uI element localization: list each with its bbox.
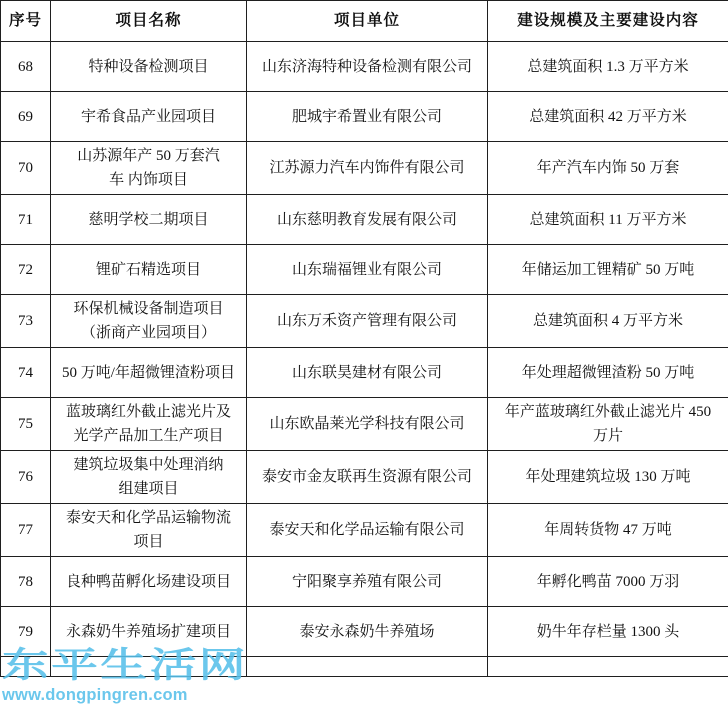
cell-empty bbox=[247, 657, 488, 677]
cell-serial-number: 72 bbox=[1, 245, 51, 295]
cell-project-unit: 泰安市金友联再生资源有限公司 bbox=[247, 451, 488, 504]
cell-project-name: 宇希食品产业园项目 bbox=[51, 92, 247, 142]
header-row: 序号 项目名称 项目单位 建设规模及主要建设内容 bbox=[1, 1, 728, 42]
cell-project-unit: 山东济海特种设备检测有限公司 bbox=[247, 42, 488, 92]
cell-serial-number: 74 bbox=[1, 348, 51, 398]
watermark-url: www.dongpingren.com bbox=[2, 687, 188, 704]
table-row: 70山苏源年产 50 万套汽 车 内饰项目江苏源力汽车内饰件有限公司年产汽车内饰… bbox=[1, 142, 728, 195]
table-row: 76建筑垃圾集中处理消纳 组建项目泰安市金友联再生资源有限公司年处理建筑垃圾 1… bbox=[1, 451, 728, 504]
cell-construction-scale: 年产蓝玻璃红外截止滤光片 450 万片 bbox=[488, 398, 728, 451]
table-row: 68特种设备检测项目山东济海特种设备检测有限公司总建筑面积 1.3 万平方米 bbox=[1, 42, 728, 92]
cell-construction-scale: 年储运加工锂精矿 50 万吨 bbox=[488, 245, 728, 295]
cell-project-name: 锂矿石精选项目 bbox=[51, 245, 247, 295]
cell-empty bbox=[51, 657, 247, 677]
cell-construction-scale: 年孵化鸭苗 7000 万羽 bbox=[488, 557, 728, 607]
cell-project-name: 泰安天和化学品运输物流 项目 bbox=[51, 504, 247, 557]
cell-serial-number: 78 bbox=[1, 557, 51, 607]
cell-serial-number: 70 bbox=[1, 142, 51, 195]
cell-project-unit: 山东慈明教育发展有限公司 bbox=[247, 195, 488, 245]
cell-project-name: 50 万吨/年超微锂渣粉项目 bbox=[51, 348, 247, 398]
projects-table: 序号 项目名称 项目单位 建设规模及主要建设内容 68特种设备检测项目山东济海特… bbox=[0, 0, 728, 677]
cell-construction-scale: 总建筑面积 42 万平方米 bbox=[488, 92, 728, 142]
header-serial-number: 序号 bbox=[1, 1, 51, 42]
cell-construction-scale: 总建筑面积 11 万平方米 bbox=[488, 195, 728, 245]
cell-project-unit: 山东欧晶莱光学科技有限公司 bbox=[247, 398, 488, 451]
cell-empty bbox=[1, 657, 51, 677]
cell-serial-number: 68 bbox=[1, 42, 51, 92]
cell-construction-scale: 年处理超微锂渣粉 50 万吨 bbox=[488, 348, 728, 398]
cell-project-unit: 肥城宇希置业有限公司 bbox=[247, 92, 488, 142]
header-project-name: 项目名称 bbox=[51, 1, 247, 42]
cell-project-unit: 泰安天和化学品运输有限公司 bbox=[247, 504, 488, 557]
cell-construction-scale: 总建筑面积 4 万平方米 bbox=[488, 295, 728, 348]
table-row: 73环保机械设备制造项目 （浙商产业园项目）山东万禾资产管理有限公司总建筑面积 … bbox=[1, 295, 728, 348]
cell-construction-scale: 总建筑面积 1.3 万平方米 bbox=[488, 42, 728, 92]
cell-empty bbox=[488, 657, 728, 677]
projects-table-page: 序号 项目名称 项目单位 建设规模及主要建设内容 68特种设备检测项目山东济海特… bbox=[0, 0, 728, 709]
cell-project-name: 良种鸭苗孵化场建设项目 bbox=[51, 557, 247, 607]
header-construction-scale: 建设规模及主要建设内容 bbox=[488, 1, 728, 42]
cell-project-unit: 山东万禾资产管理有限公司 bbox=[247, 295, 488, 348]
cell-project-unit: 山东联昊建材有限公司 bbox=[247, 348, 488, 398]
table-row: 71慈明学校二期项目山东慈明教育发展有限公司总建筑面积 11 万平方米 bbox=[1, 195, 728, 245]
table-row: 69宇希食品产业园项目肥城宇希置业有限公司总建筑面积 42 万平方米 bbox=[1, 92, 728, 142]
cell-project-name: 山苏源年产 50 万套汽 车 内饰项目 bbox=[51, 142, 247, 195]
cell-construction-scale: 年产汽车内饰 50 万套 bbox=[488, 142, 728, 195]
table-row: 77泰安天和化学品运输物流 项目泰安天和化学品运输有限公司年周转货物 47 万吨 bbox=[1, 504, 728, 557]
cell-serial-number: 73 bbox=[1, 295, 51, 348]
cell-project-unit: 山东瑞福锂业有限公司 bbox=[247, 245, 488, 295]
cell-serial-number: 76 bbox=[1, 451, 51, 504]
cell-construction-scale: 年周转货物 47 万吨 bbox=[488, 504, 728, 557]
cell-serial-number: 77 bbox=[1, 504, 51, 557]
cell-serial-number: 75 bbox=[1, 398, 51, 451]
table-body: 68特种设备检测项目山东济海特种设备检测有限公司总建筑面积 1.3 万平方米69… bbox=[1, 42, 728, 677]
table-row: 7450 万吨/年超微锂渣粉项目山东联昊建材有限公司年处理超微锂渣粉 50 万吨 bbox=[1, 348, 728, 398]
cell-project-name: 蓝玻璃红外截止滤光片及 光学产品加工生产项目 bbox=[51, 398, 247, 451]
cell-project-unit: 宁阳聚享养殖有限公司 bbox=[247, 557, 488, 607]
cell-serial-number: 79 bbox=[1, 607, 51, 657]
cell-serial-number: 71 bbox=[1, 195, 51, 245]
table-row: 72锂矿石精选项目山东瑞福锂业有限公司年储运加工锂精矿 50 万吨 bbox=[1, 245, 728, 295]
cell-project-name: 慈明学校二期项目 bbox=[51, 195, 247, 245]
cell-project-name: 建筑垃圾集中处理消纳 组建项目 bbox=[51, 451, 247, 504]
cell-project-unit: 江苏源力汽车内饰件有限公司 bbox=[247, 142, 488, 195]
cell-project-name: 永森奶牛养殖场扩建项目 bbox=[51, 607, 247, 657]
cell-serial-number: 69 bbox=[1, 92, 51, 142]
cell-project-name: 特种设备检测项目 bbox=[51, 42, 247, 92]
table-row: 75蓝玻璃红外截止滤光片及 光学产品加工生产项目山东欧晶莱光学科技有限公司年产蓝… bbox=[1, 398, 728, 451]
cell-construction-scale: 奶牛年存栏量 1300 头 bbox=[488, 607, 728, 657]
cell-project-unit: 泰安永森奶牛养殖场 bbox=[247, 607, 488, 657]
cell-project-name: 环保机械设备制造项目 （浙商产业园项目） bbox=[51, 295, 247, 348]
cell-construction-scale: 年处理建筑垃圾 130 万吨 bbox=[488, 451, 728, 504]
table-row: 78良种鸭苗孵化场建设项目宁阳聚享养殖有限公司年孵化鸭苗 7000 万羽 bbox=[1, 557, 728, 607]
table-row: 79永森奶牛养殖场扩建项目泰安永森奶牛养殖场奶牛年存栏量 1300 头 bbox=[1, 607, 728, 657]
table-row-partial bbox=[1, 657, 728, 677]
header-project-unit: 项目单位 bbox=[247, 1, 488, 42]
